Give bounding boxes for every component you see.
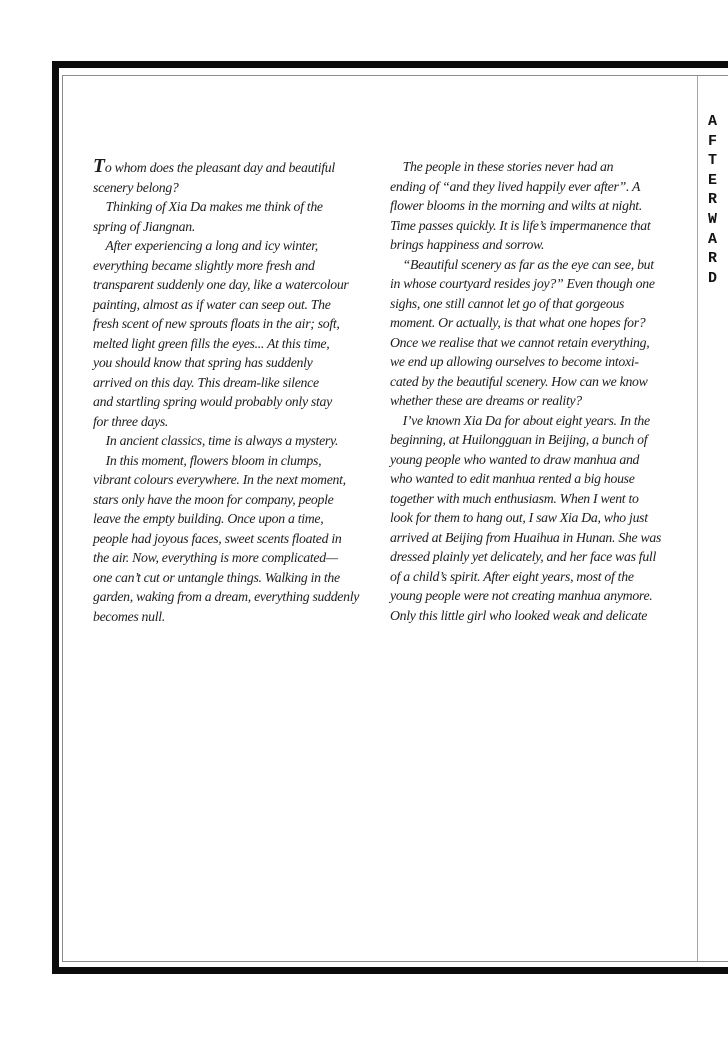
page-frame-border-top bbox=[52, 61, 728, 68]
page-frame-border-left bbox=[52, 61, 59, 974]
inner-rule-bottom bbox=[62, 961, 728, 962]
afterword-text-left-column: To whom does the pleasant day and beauti… bbox=[93, 157, 385, 626]
inner-rule-left bbox=[62, 75, 63, 962]
page-frame-border-bottom bbox=[52, 967, 728, 974]
inner-rule-top bbox=[62, 75, 728, 76]
afterword-text-right-column: The people in these stories never had an… bbox=[390, 157, 682, 625]
afterword-vertical-label: A F T E R W A R D bbox=[697, 112, 728, 288]
